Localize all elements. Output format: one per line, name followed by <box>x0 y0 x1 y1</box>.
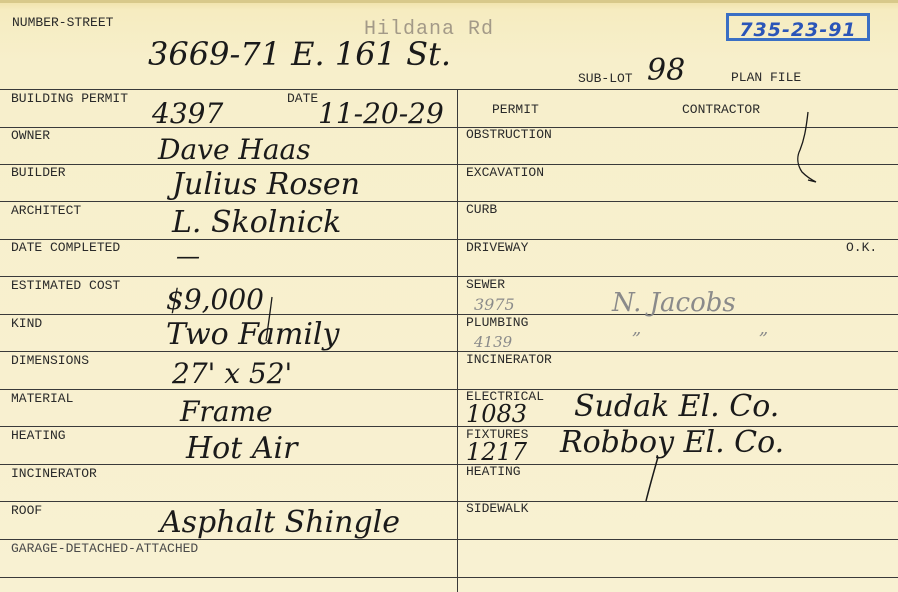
kind-label: KIND <box>11 317 42 331</box>
building-permit-label: BUILDING PERMIT <box>11 92 128 106</box>
electrical-permit: 1083 <box>466 402 527 426</box>
incinerator-right-label: INCINERATOR <box>466 353 552 367</box>
dimensions-value: 27' x 52' <box>172 360 292 388</box>
row-line <box>0 501 898 502</box>
owner-value: Dave Haas <box>158 136 311 164</box>
owner-label: OWNER <box>11 129 50 143</box>
architect-label: ARCHITECT <box>11 204 81 218</box>
material-value: Frame <box>180 398 273 426</box>
number-street-label: NUMBER-STREET <box>12 16 113 30</box>
heating-right-label: HEATING <box>466 465 521 479</box>
row-line <box>0 314 898 315</box>
building-permit-card: Hildana Rd 735-23-91 NUMBER-STREET 3669-… <box>0 0 898 592</box>
architect-value: L. Skolnick <box>172 208 341 238</box>
row-line <box>0 127 898 128</box>
estimated-cost-value: $9,000 <box>166 286 264 314</box>
plan-file-label: PLAN FILE <box>731 71 801 85</box>
sewer-contractor: N. Jacobs <box>612 290 736 316</box>
sewer-label: SEWER <box>466 278 505 292</box>
sidewalk-label: SIDEWALK <box>466 502 528 516</box>
roof-value: Asphalt Shingle <box>160 508 400 538</box>
divider-line <box>0 89 898 90</box>
electrical-contractor: Sudak El. Co. <box>574 392 779 422</box>
row-line <box>0 577 898 578</box>
date-completed-value: — <box>176 244 200 268</box>
plumbing-permit: 4139 <box>474 335 512 350</box>
driveway-note: O.K. <box>846 241 877 255</box>
heating-value: Hot Air <box>186 434 297 464</box>
descender-stroke <box>262 295 274 345</box>
sewer-permit: 3975 <box>474 297 515 313</box>
builder-value: Julius Rosen <box>172 170 360 200</box>
fixtures-contractor: Robboy El. Co. <box>560 428 784 458</box>
row-line <box>0 201 898 202</box>
sub-lot-value: 98 <box>647 56 685 86</box>
fixtures-permit: 1217 <box>466 440 527 464</box>
builder-label: BUILDER <box>11 166 66 180</box>
curb-label: CURB <box>466 203 497 217</box>
parcel-number-stamp: 735-23-91 <box>726 13 870 41</box>
incinerator-label: INCINERATOR <box>11 467 97 481</box>
card-top-edge <box>0 0 898 3</box>
permit-column-header: PERMIT <box>492 103 539 117</box>
plumbing-label: PLUMBING <box>466 316 528 330</box>
dimensions-label: DIMENSIONS <box>11 354 89 368</box>
heating-label: HEATING <box>11 429 66 443</box>
row-line <box>0 239 898 240</box>
date-label: DATE <box>287 92 318 106</box>
contractor-column-header: CONTRACTOR <box>682 103 760 117</box>
excavation-label: EXCAVATION <box>466 166 544 180</box>
date-completed-label: DATE COMPLETED <box>11 241 120 255</box>
kind-value: Two Family <box>166 320 339 350</box>
date-value: 11-20-29 <box>318 100 444 128</box>
row-line <box>0 276 898 277</box>
number-street-value: 3669-71 E. 161 St. <box>148 38 451 70</box>
descender-stroke <box>640 455 670 505</box>
row-line <box>0 464 898 465</box>
building-permit-value: 4397 <box>152 100 223 128</box>
sub-lot-label: SUB-LOT <box>578 72 633 86</box>
material-label: MATERIAL <box>11 392 73 406</box>
estimated-cost-label: ESTIMATED COST <box>11 279 120 293</box>
row-line <box>0 164 898 165</box>
garage-label: GARAGE-DETACHED-ATTACHED <box>11 542 198 556</box>
ditto-stroke-mark <box>790 110 820 190</box>
obstruction-label: OBSTRUCTION <box>466 128 552 142</box>
plumbing-contractor: „ „ <box>632 320 824 338</box>
roof-label: ROOF <box>11 504 42 518</box>
driveway-label: DRIVEWAY <box>466 241 528 255</box>
row-line <box>0 539 898 540</box>
row-line <box>0 351 898 352</box>
